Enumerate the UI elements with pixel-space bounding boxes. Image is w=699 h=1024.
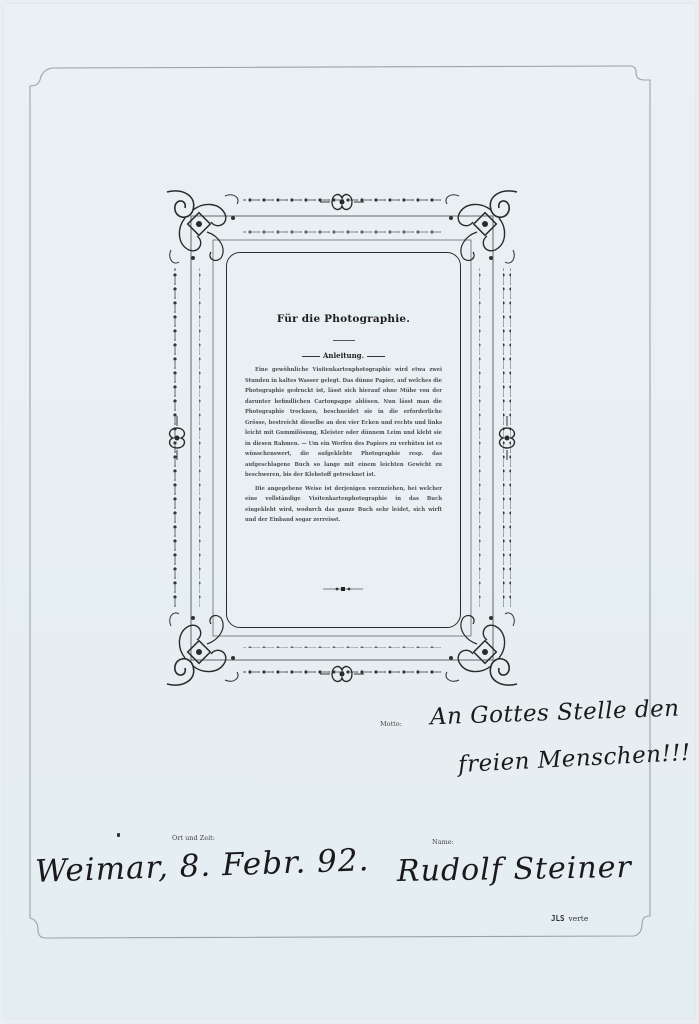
end-flourish-icon <box>323 585 363 593</box>
dash-left <box>302 356 320 357</box>
verte-footer: JLSverte <box>551 914 588 923</box>
ink-mark <box>117 833 120 837</box>
printer-mark: JLS <box>551 914 565 923</box>
instructions-paragraph-2: Die angegebene Weise ist derjenigen vorz… <box>245 484 442 526</box>
photo-title: Für die Photographie. <box>227 313 460 325</box>
album-page: Für die Photographie. Anleitung. Eine ge… <box>0 0 699 1024</box>
photo-window: Für die Photographie. Anleitung. Eine ge… <box>226 252 461 628</box>
instructions-text: Eine gewöhnliche Visitenkartenphotograph… <box>245 365 442 529</box>
instructions-heading-text: Anleitung. <box>323 351 364 360</box>
motto-label: Motto: <box>380 720 402 728</box>
signature-handwriting: Rudolf Steiner <box>397 850 632 889</box>
dash-right <box>367 356 385 357</box>
place-time-label: Ort und Zeit: <box>172 834 215 842</box>
instructions-heading: Anleitung. <box>227 351 460 360</box>
instructions-paragraph-1: Eine gewöhnliche Visitenkartenphotograph… <box>245 365 442 481</box>
title-rule <box>333 340 355 341</box>
name-label: Name: <box>432 838 454 846</box>
verte-text: verte <box>569 914 589 923</box>
